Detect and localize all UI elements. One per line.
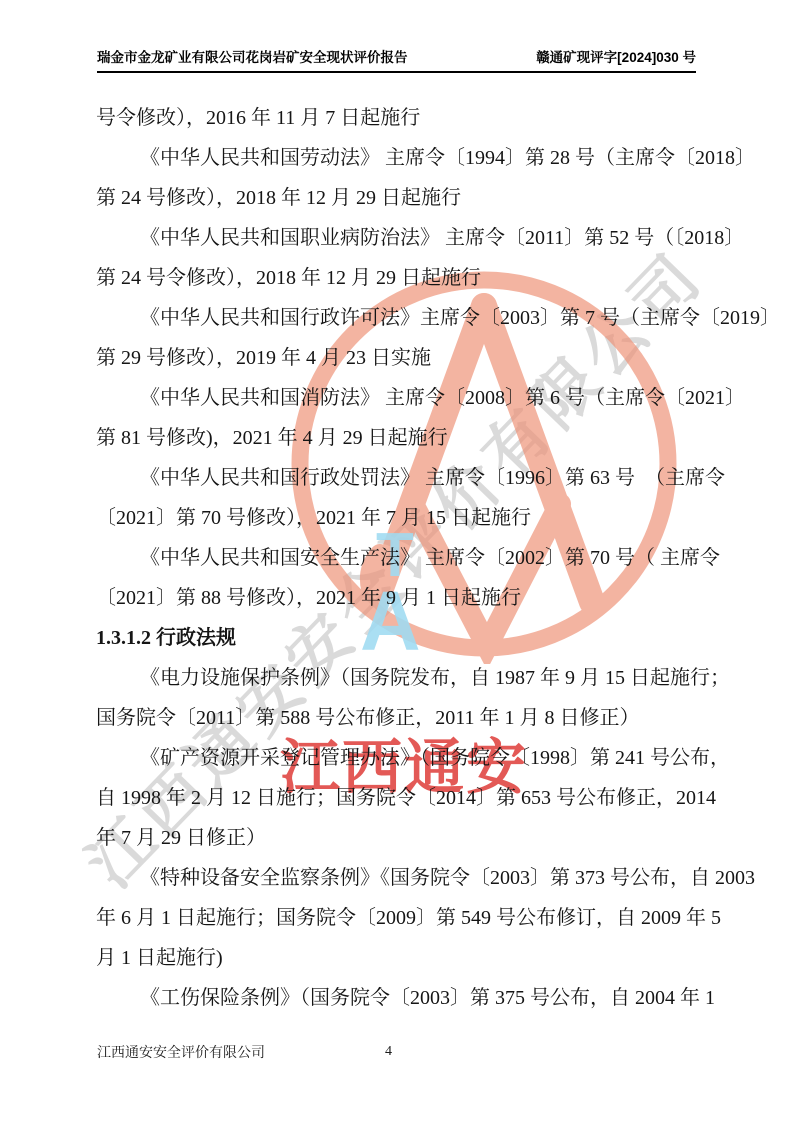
header-doc-number: 赣通矿现评字[2024]030 号 [536,46,696,66]
text-line: 《矿产资源开采登记管理办法》（国务院令〔1998〕第 241 号公布， [96,738,700,778]
section-heading: 1.3.1.2 行政法规 [96,618,700,658]
text-line: 号令修改），2016 年 11 月 7 日起施行 [96,98,700,138]
text-line: 自 1998 年 2 月 12 日施行；国务院令〔2014〕第 653 号公布修… [96,778,700,818]
text-line: 第 24 号修改），2018 年 12 月 29 日起施行 [96,178,700,218]
text-line: 第 24 号令修改），2018 年 12 月 29 日起施行 [96,258,700,298]
text-line: 〔2021〕第 88 号修改），2021 年 9 月 1 日起施行 [96,578,700,618]
report-page: 江西通安安全评价有限公司 T A 江西通安 瑞金市金龙矿业有限公司花岗岩矿安全现… [0,0,793,1122]
text-line: 《工伤保险条例》（国务院令〔2003〕第 375 号公布，自 2004 年 1 [96,978,700,1018]
footer-company-name: 江西通安安全评价有限公司 [97,1042,265,1062]
text-line: 《中华人民共和国职业病防治法》 主席令〔2011〕第 52 号（〔2018〕 [96,218,700,258]
page-number: 4 [385,1044,392,1060]
header-report-title: 瑞金市金龙矿业有限公司花岗岩矿安全现状评价报告 [97,46,408,66]
text-line: 《中华人民共和国行政许可法》主席令〔2003〕第 7 号（主席令〔2019〕 [96,298,700,338]
document-body: 号令修改），2016 年 11 月 7 日起施行《中华人民共和国劳动法》 主席令… [96,98,700,1018]
text-line: 国务院令〔2011〕第 588 号公布修正，2011 年 1 月 8 日修正） [96,698,700,738]
page-header: 瑞金市金龙矿业有限公司花岗岩矿安全现状评价报告 赣通矿现评字[2024]030 … [97,46,696,73]
text-line: 《中华人民共和国安全生产法》 主席令〔2002〕第 70 号（ 主席令 [96,538,700,578]
text-line: 〔2021〕第 70 号修改），2021 年 7 月 15 日起施行 [96,498,700,538]
text-line: 《特种设备安全监察条例》《国务院令〔2003〕第 373 号公布，自 2003 [96,858,700,898]
text-line: 《中华人民共和国劳动法》 主席令〔1994〕第 28 号（主席令〔2018〕 [96,138,700,178]
text-line: 第 29 号修改），2019 年 4 月 23 日实施 [96,338,700,378]
text-line: 《中华人民共和国行政处罚法》 主席令〔1996〕第 63 号 （主席令 [96,458,700,498]
text-line: 《中华人民共和国消防法》 主席令〔2008〕第 6 号（主席令〔2021〕 [96,378,700,418]
text-line: 月 1 日起施行) [96,938,700,978]
text-line: 第 81 号修改)，2021 年 4 月 29 日起施行 [96,418,700,458]
text-line: 年 7 月 29 日修正） [96,818,700,858]
text-line: 年 6 月 1 日起施行；国务院令〔2009〕第 549 号公布修订，自 200… [96,898,700,938]
text-line: 《电力设施保护条例》（国务院发布，自 1987 年 9 月 15 日起施行； [96,658,700,698]
